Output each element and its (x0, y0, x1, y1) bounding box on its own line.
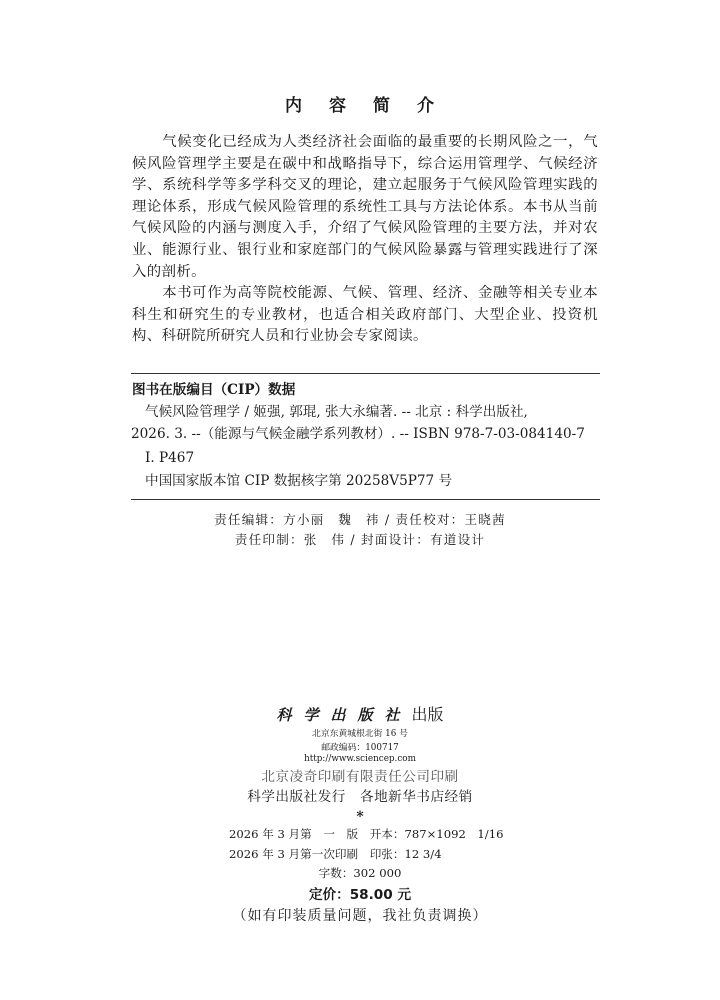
title-char: 容 (329, 91, 347, 116)
price: 定价：58.00 元 (0, 883, 720, 903)
credits-production: 责任印制：张 伟 / 封面设计：有道设计 (0, 530, 720, 550)
cip-heading: 图书在版编目（CIP）数据 (132, 380, 295, 400)
title-char: 简 (373, 91, 391, 116)
separator-asterisk: * (0, 809, 720, 825)
title-char: 内 (285, 91, 303, 116)
publisher-suffix: 出版 (412, 705, 444, 724)
credits: 责任编辑：方小丽 魏 祎 / 责任校对：王晓茜 责任印制：张 伟 / 封面设计：… (0, 510, 720, 550)
distribution-line: 科学出版社发行 各地新华书店经销 (0, 785, 720, 805)
summary-paragraph: 本书可作为高等院校能源、气候、管理、经济、金融等相关专业本科生和研究生的专业教材… (132, 283, 598, 348)
edition-line: 2026 年 3 月第 一 版 开本：787×1092 1/16 (229, 826, 503, 842)
publisher-postcode: 邮政编码：100717 (0, 740, 720, 753)
cip-top-rule (131, 373, 600, 374)
publisher-logo: 科学出版社 (276, 706, 411, 724)
summary-section: 气候变化已经成为人类经济社会面临的最重要的长期风险之一，气候风险管理学主要是在碳… (132, 132, 598, 348)
print-line: 2026 年 3 月第一次印刷 印张：12 3/4 (229, 846, 442, 862)
cip-record: 中国国家版本馆 CIP 数据核字第 20258V5P77 号 (145, 471, 452, 491)
word-count: 字数：302 000 (0, 865, 720, 881)
printer-line: 北京凌奇印刷有限责任公司印刷 (0, 765, 720, 785)
credits-editors: 责任编辑：方小丽 魏 祎 / 责任校对：王晓茜 (0, 510, 720, 530)
publisher-line: 科学出版社出版 (0, 702, 720, 725)
cip-line-1: 气候风险管理学 / 姬强, 郭琨, 张大永编著. -- 北京 : 科学出版社, (145, 402, 528, 422)
cip-classification: Ⅰ. P467 (145, 448, 194, 468)
title-char: 介 (417, 91, 435, 116)
quality-notice: （如有印装质量问题，我社负责调换） (0, 905, 720, 925)
cip-line-2: 2026. 3. --（能源与气候金融学系列教材）. -- ISBN 978-7… (131, 424, 585, 444)
page-title: 内容简介 (0, 91, 720, 116)
cip-bottom-rule (131, 499, 600, 500)
publisher-website: http://www.sciencep.com (0, 754, 720, 764)
summary-paragraph: 气候变化已经成为人类经济社会面临的最重要的长期风险之一，气候风险管理学主要是在碳… (132, 132, 598, 283)
publisher-address: 北京东黄城根北街 16 号 (0, 726, 720, 739)
